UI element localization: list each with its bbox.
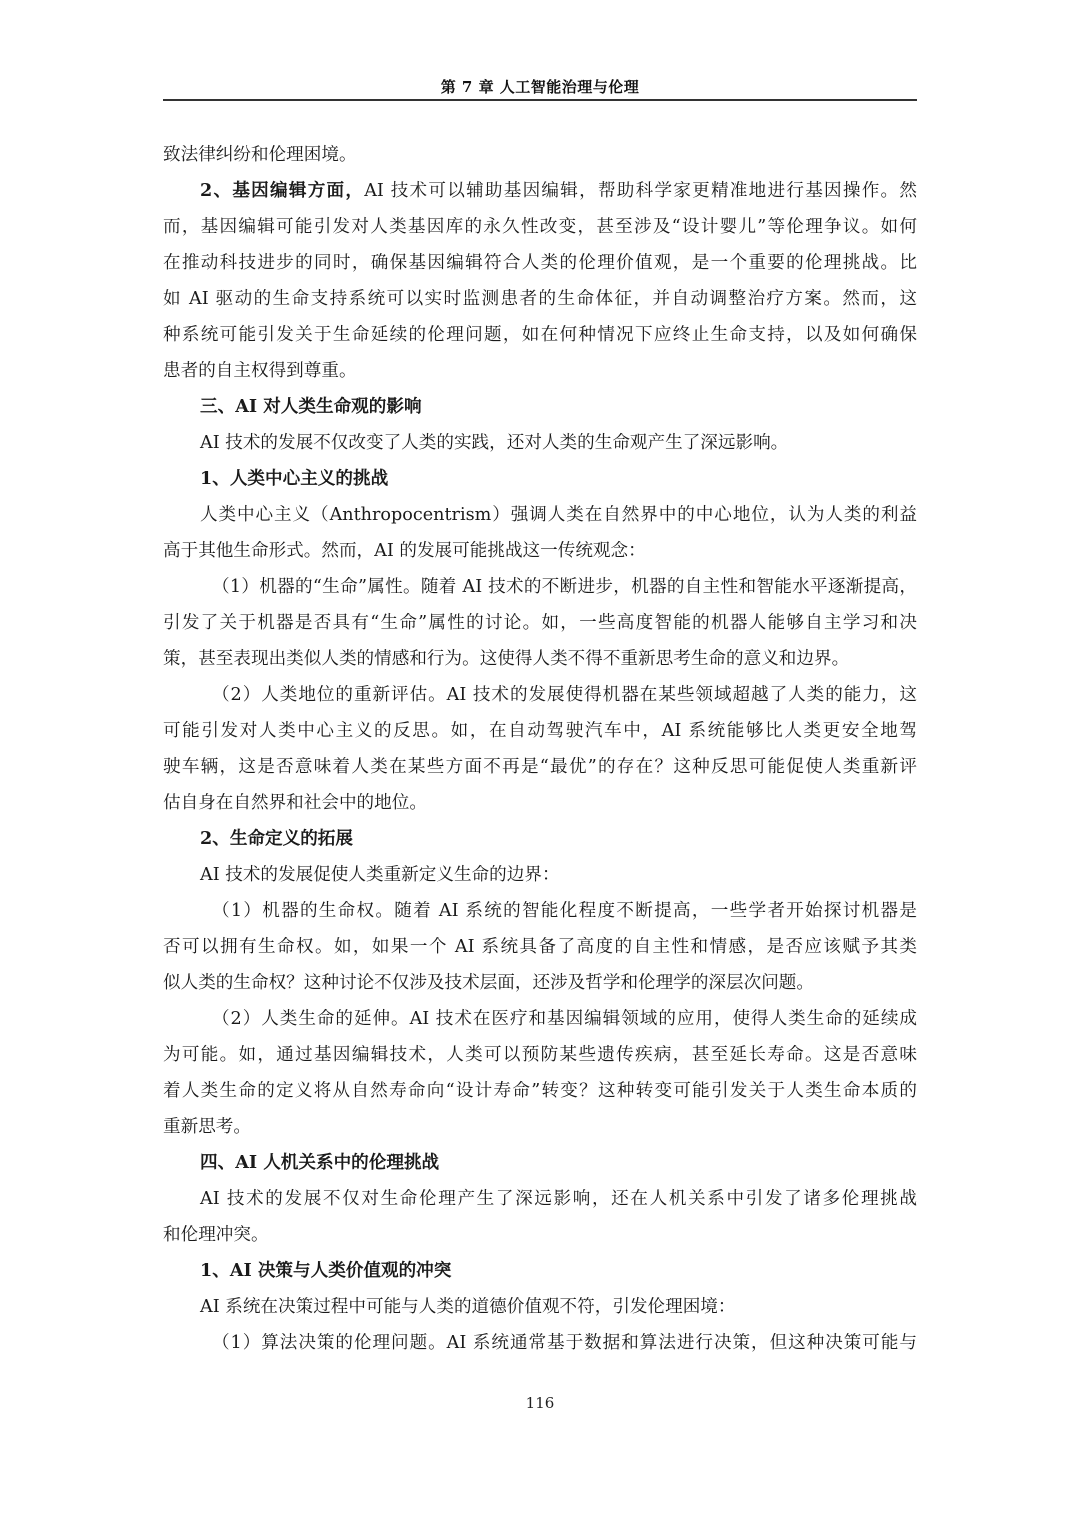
text-line: （1）机器的“生命”属性。随着 AI 技术的不断进步，机器的自主性和智能水平逐渐… (212, 572, 917, 602)
text-line: 策，甚至表现出类似人类的情感和行为。这使得人类不得不重新思考生命的意义和边界。 (163, 644, 917, 674)
text-line: （2）人类生命的延伸。AI 技术在医疗和基因编辑领域的应用，使得人类生命的延续成 (212, 1004, 917, 1034)
line-text: AI 系统在决策过程中可能与人类的道德价值观不符，引发伦理困境： (200, 1297, 735, 1317)
section-heading: 1、AI 决策与人类价值观的冲突 (200, 1256, 917, 1286)
section-heading: 四、AI 人机关系中的伦理挑战 (200, 1148, 917, 1178)
line-text: 可能引发对人类中心主义的反思。如，在自动驾驶汽车中，AI 系统能够比人类更安全地… (163, 721, 917, 741)
text-line: 引发了关于机器是否具有“生命”属性的讨论。如，一些高度智能的机器人能够自主学习和… (163, 608, 917, 638)
line-text: 四、AI 人机关系中的伦理挑战 (200, 1152, 439, 1173)
text-line: AI 技术的发展不仅对生命伦理产生了深远影响，还在人机关系中引发了诸多伦理挑战 (200, 1184, 917, 1214)
text-line: （1）算法决策的伦理问题。AI 系统通常基于数据和算法进行决策，但这种决策可能与 (212, 1328, 917, 1358)
text-line: 重新思考。 (163, 1112, 917, 1142)
line-text: 患者的自主权得到尊重。 (163, 361, 357, 381)
text-line: 在推动科技进步的同时，确保基因编辑符合人类的伦理价值观，是一个重要的伦理挑战。比 (163, 248, 917, 278)
line-text: AI 技术的发展不仅对生命伦理产生了深远影响，还在人机关系中引发了诸多伦理挑战 (200, 1189, 917, 1209)
line-text: 驶车辆，这是否意味着人类在某些方面不再是“最优”的存在？这种反思可能促使人类重新… (163, 757, 917, 777)
line-text: 种系统可能引发关于生命延续的伦理问题，如在何种情况下应终止生命支持，以及如何确保 (163, 325, 917, 345)
document-page: 第 7 章 人工智能治理与伦理 致法律纠纷和伦理困境。2、基因编辑方面，AI 技… (0, 0, 1080, 1527)
section-heading: 2、生命定义的拓展 (200, 824, 917, 854)
line-text: 如 AI 驱动的生命支持系统可以实时监测患者的生命体征，并自动调整治疗方案。然而… (163, 289, 917, 309)
text-line: 人类中心主义（Anthropocentrism）强调人类在自然界中的中心地位，认… (200, 500, 917, 530)
header-rule (163, 99, 917, 101)
text-line: 着人类生命的定义将从自然寿命向“设计寿命”转变？这种转变可能引发关于人类生命本质… (163, 1076, 917, 1106)
line-text: 估自身在自然界和社会中的地位。 (163, 793, 427, 813)
text-line: 估自身在自然界和社会中的地位。 (163, 788, 917, 818)
line-text: 在推动科技进步的同时，确保基因编辑符合人类的伦理价值观，是一个重要的伦理挑战。比 (163, 253, 917, 273)
text-line: 否可以拥有生命权。如，如果一个 AI 系统具备了高度的自主性和情感，是否应该赋予… (163, 932, 917, 962)
line-text: 1、AI 决策与人类价值观的冲突 (200, 1260, 451, 1281)
text-line: 和伦理冲突。 (163, 1220, 917, 1250)
line-text: 策，甚至表现出类似人类的情感和行为。这使得人类不得不重新思考生命的意义和边界。 (163, 649, 849, 669)
line-text: 似人类的生命权？这种讨论不仅涉及技术层面，还涉及哲学和伦理学的深层次问题。 (163, 973, 814, 993)
text-line: 驶车辆，这是否意味着人类在某些方面不再是“最优”的存在？这种反思可能促使人类重新… (163, 752, 917, 782)
text-line: AI 系统在决策过程中可能与人类的道德价值观不符，引发伦理困境： (200, 1292, 917, 1322)
line-text: 重新思考。 (163, 1117, 251, 1137)
text-line: 高于其他生命形式。然而，AI 的发展可能挑战这一传统观念： (163, 536, 917, 566)
line-text: 而，基因编辑可能引发对人类基因库的永久性改变，甚至涉及“设计婴儿”等伦理争议。如… (163, 217, 917, 237)
line-text: 为可能。如，通过基因编辑技术，人类可以预防某些遗传疾病，甚至延长寿命。这是否意味 (163, 1045, 917, 1065)
text-line: 种系统可能引发关于生命延续的伦理问题，如在何种情况下应终止生命支持，以及如何确保 (163, 320, 917, 350)
inline-bold-lead: 2、基因编辑方面， (200, 180, 364, 201)
line-text: （2）人类生命的延伸。AI 技术在医疗和基因编辑领域的应用，使得人类生命的延续成 (212, 1009, 917, 1029)
text-line: 致法律纠纷和伦理困境。 (163, 140, 917, 170)
text-line: （2）人类地位的重新评估。AI 技术的发展使得机器在某些领域超越了人类的能力，这 (212, 680, 917, 710)
section-heading: 1、人类中心主义的挑战 (200, 464, 917, 494)
line-text: 人类中心主义（Anthropocentrism）强调人类在自然界中的中心地位，认… (200, 505, 917, 525)
text-line: 如 AI 驱动的生命支持系统可以实时监测患者的生命体征，并自动调整治疗方案。然而… (163, 284, 917, 314)
section-heading: 三、AI 对人类生命观的影响 (200, 392, 917, 422)
line-text: 三、AI 对人类生命观的影响 (200, 396, 422, 417)
line-text: 高于其他生命形式。然而，AI 的发展可能挑战这一传统观念： (163, 541, 646, 561)
text-line: 可能引发对人类中心主义的反思。如，在自动驾驶汽车中，AI 系统能够比人类更安全地… (163, 716, 917, 746)
text-line: 2、基因编辑方面，AI 技术可以辅助基因编辑，帮助科学家更精准地进行基因操作。然 (200, 176, 917, 206)
text-line: AI 技术的发展促使人类重新定义生命的边界： (200, 860, 917, 890)
text-line: AI 技术的发展不仅改变了人类的实践，还对人类的生命观产生了深远影响。 (200, 428, 917, 458)
line-text: 致法律纠纷和伦理困境。 (163, 145, 357, 165)
line-text: 否可以拥有生命权。如，如果一个 AI 系统具备了高度的自主性和情感，是否应该赋予… (163, 937, 917, 957)
line-text: 1、人类中心主义的挑战 (200, 468, 388, 489)
line-text: 和伦理冲突。 (163, 1225, 269, 1245)
line-text: 着人类生命的定义将从自然寿命向“设计寿命”转变？这种转变可能引发关于人类生命本质… (163, 1081, 917, 1101)
running-header: 第 7 章 人工智能治理与伦理 (163, 76, 917, 97)
line-text: AI 技术的发展促使人类重新定义生命的边界： (200, 865, 560, 885)
line-text: （1）机器的生命权。随着 AI 系统的智能化程度不断提高，一些学者开始探讨机器是 (212, 901, 917, 921)
text-line: 似人类的生命权？这种讨论不仅涉及技术层面，还涉及哲学和伦理学的深层次问题。 (163, 968, 917, 998)
text-line: 而，基因编辑可能引发对人类基因库的永久性改变，甚至涉及“设计婴儿”等伦理争议。如… (163, 212, 917, 242)
line-text: 引发了关于机器是否具有“生命”属性的讨论。如，一些高度智能的机器人能够自主学习和… (163, 613, 917, 633)
text-line: （1）机器的生命权。随着 AI 系统的智能化程度不断提高，一些学者开始探讨机器是 (212, 896, 917, 926)
line-text: AI 技术可以辅助基因编辑，帮助科学家更精准地进行基因操作。然 (364, 181, 917, 201)
text-line: 为可能。如，通过基因编辑技术，人类可以预防某些遗传疾病，甚至延长寿命。这是否意味 (163, 1040, 917, 1070)
text-line: 患者的自主权得到尊重。 (163, 356, 917, 386)
line-text: （1）机器的“生命”属性。随着 AI 技术的不断进步，机器的自主性和智能水平逐渐… (212, 577, 917, 597)
line-text: （1）算法决策的伦理问题。AI 系统通常基于数据和算法进行决策，但这种决策可能与 (212, 1333, 917, 1353)
line-text: （2）人类地位的重新评估。AI 技术的发展使得机器在某些领域超越了人类的能力，这 (212, 685, 917, 705)
line-text: 2、生命定义的拓展 (200, 828, 353, 849)
line-text: AI 技术的发展不仅改变了人类的实践，还对人类的生命观产生了深远影响。 (200, 433, 788, 453)
page-number: 116 (0, 1394, 1080, 1412)
